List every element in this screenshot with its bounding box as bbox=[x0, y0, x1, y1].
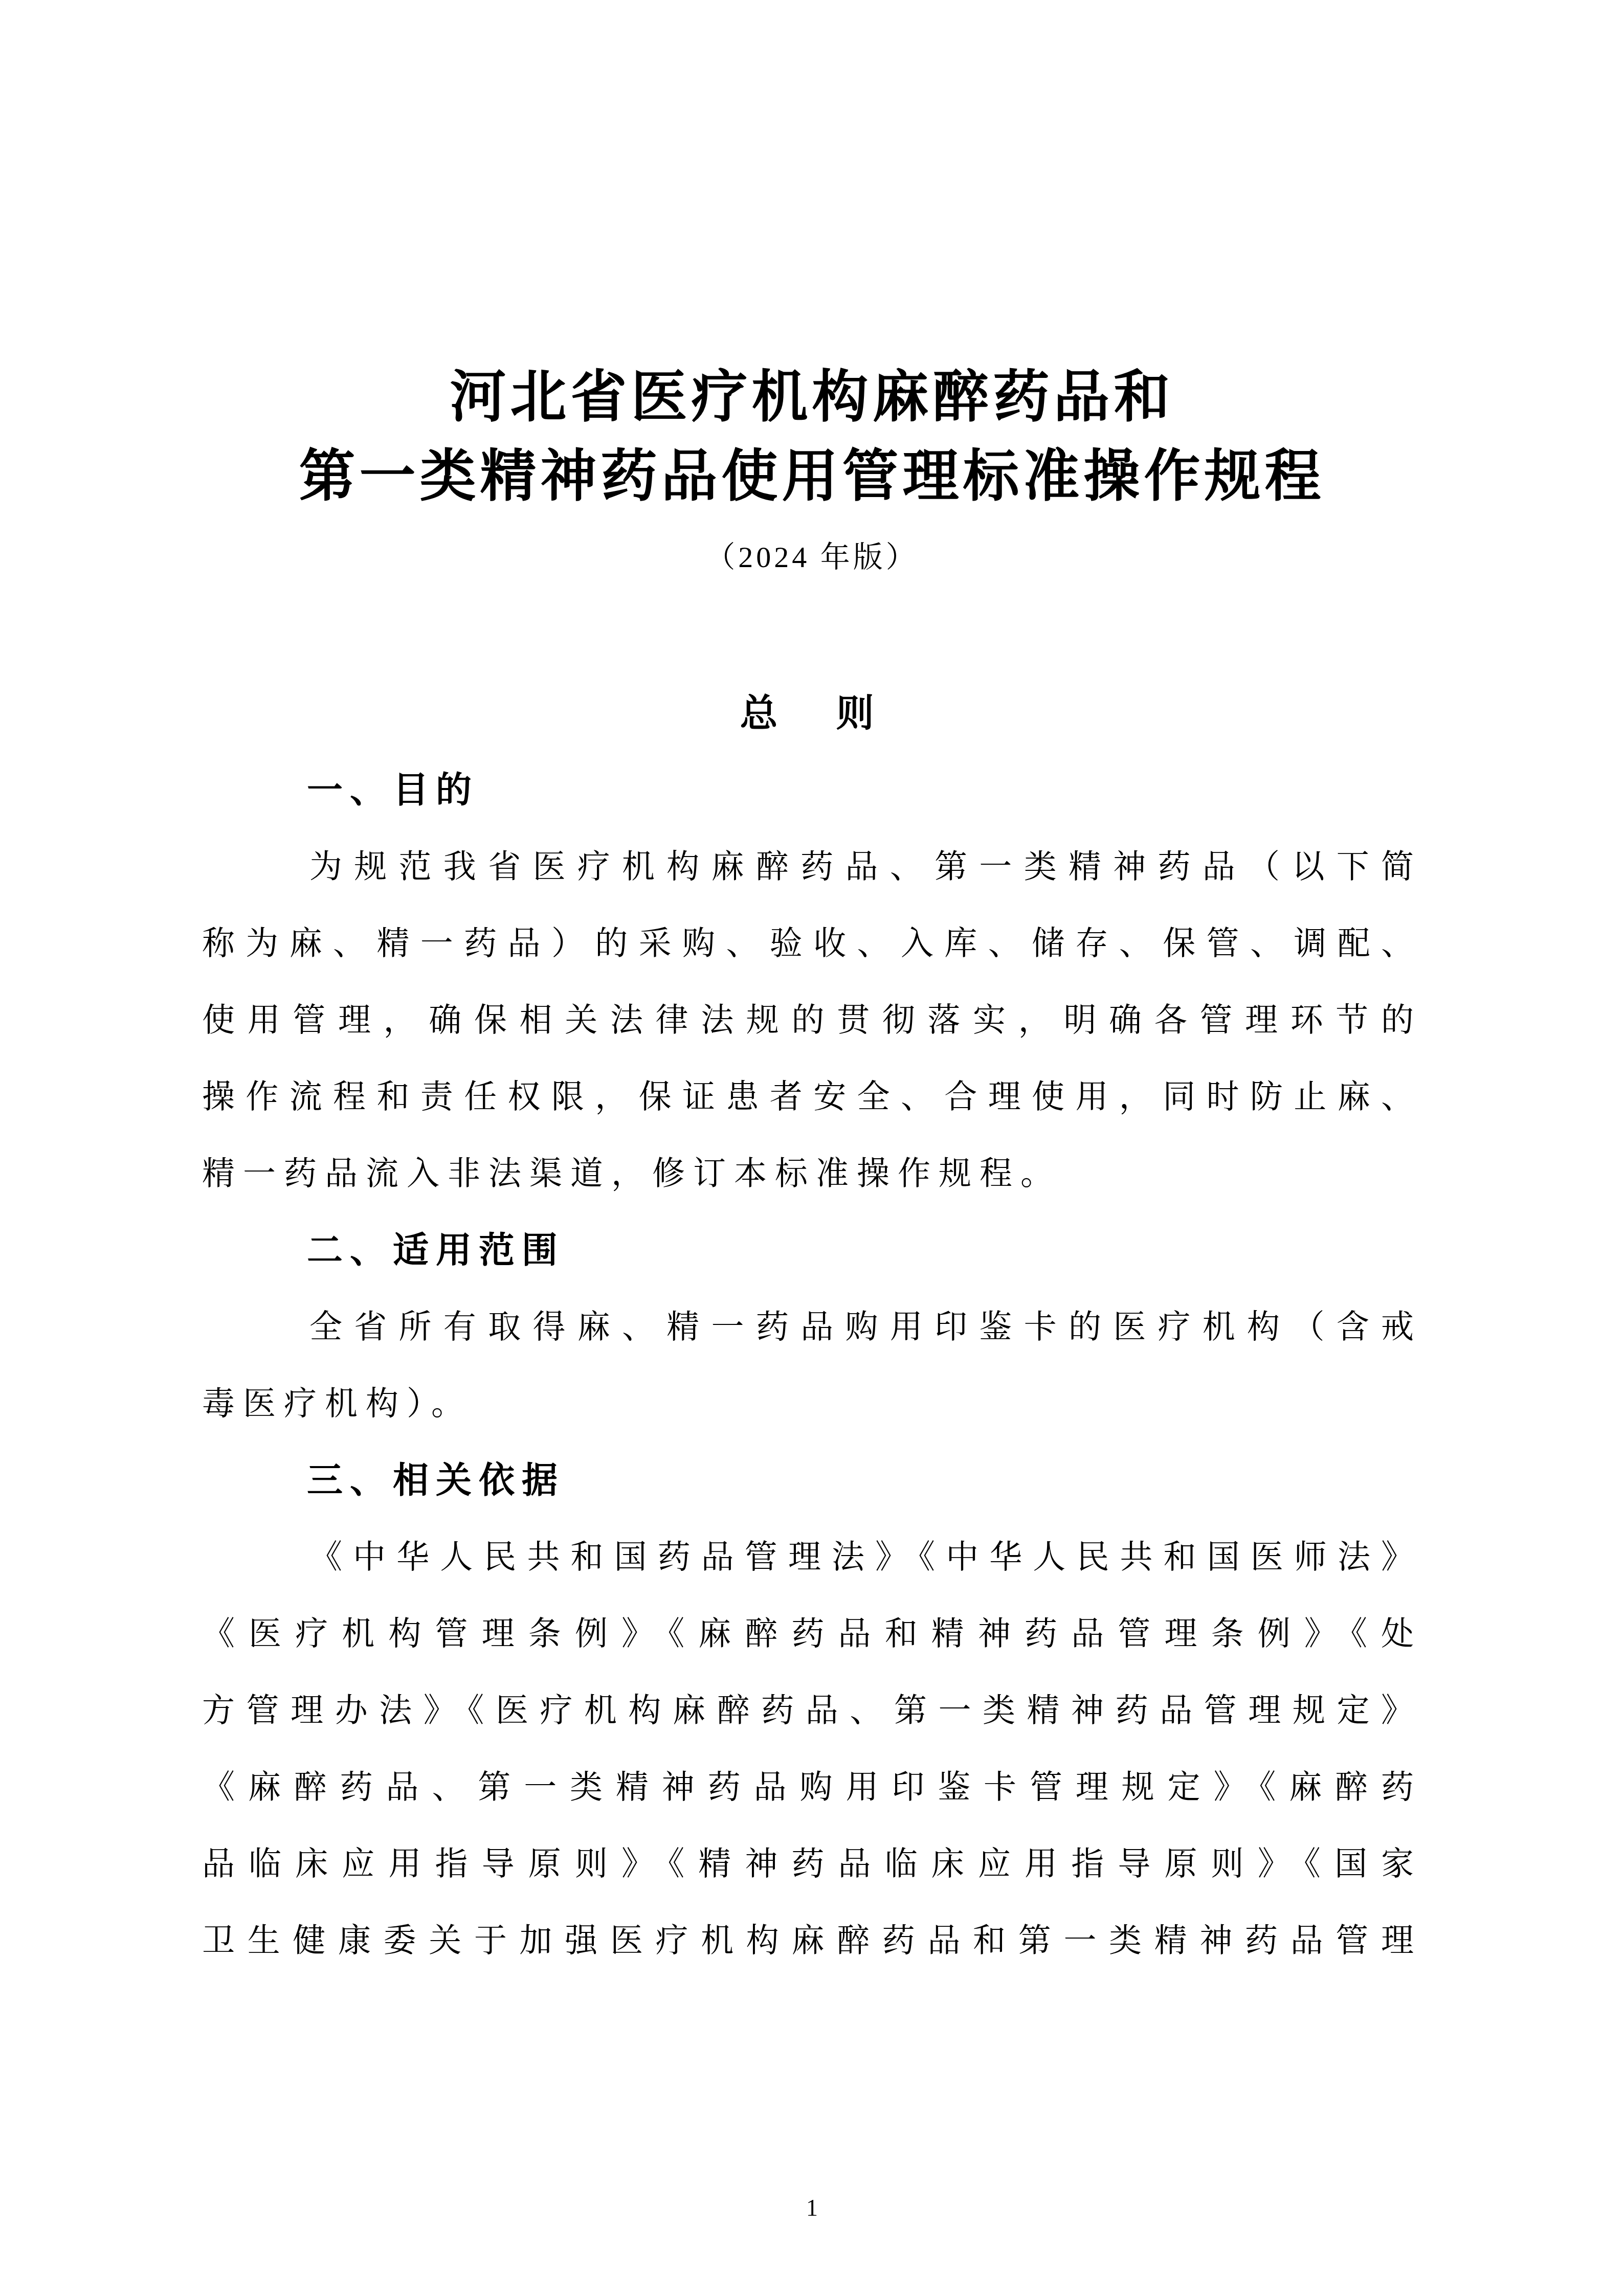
paragraph-line: 《麻醉药品、第一类精神药品购用印鉴卡管理规定》《麻醉药 bbox=[202, 1749, 1422, 1826]
page-number: 1 bbox=[806, 2195, 818, 2221]
paragraph-line: 《中华人民共和国药品管理法》《中华人民共和国医师法》 bbox=[202, 1519, 1422, 1595]
paragraph-line: 卫生健康委关于加强医疗机构麻醉药品和第一类精神药品管理 bbox=[202, 1902, 1422, 1979]
edition-line: （2024 年版） bbox=[0, 516, 1624, 598]
section-purpose: 一、目的 为规范我省医疗机构麻醉药品、第一类精神药品（以下简 称为麻、精一药品）… bbox=[202, 752, 1422, 1212]
section-heading-purpose: 一、目的 bbox=[202, 752, 1422, 828]
paragraph-line: 毒医疗机构）。 bbox=[202, 1365, 1422, 1442]
section-heading-scope: 二、适用范围 bbox=[202, 1212, 1422, 1289]
chapter-heading: 总 则 bbox=[202, 675, 1422, 752]
paragraph-line: 精一药品流入非法渠道，修订本标准操作规程。 bbox=[202, 1135, 1422, 1212]
paragraph-line: 方管理办法》《医疗机构麻醉药品、第一类精神药品管理规定》 bbox=[202, 1672, 1422, 1749]
paragraph-line: 使用管理，确保相关法律法规的贯彻落实，明确各管理环节的 bbox=[202, 982, 1422, 1059]
paragraph-line: 品临床应用指导原则》《精神药品临床应用指导原则》《国家 bbox=[202, 1826, 1422, 1902]
document-body: 总 则 一、目的 为规范我省医疗机构麻醉药品、第一类精神药品（以下简 称为麻、精… bbox=[202, 675, 1422, 1979]
page-footer: 1 bbox=[0, 2193, 1624, 2223]
title-line-1: 河北省医疗机构麻醉药品和 bbox=[0, 358, 1624, 437]
document-title: 河北省医疗机构麻醉药品和 第一类精神药品使用管理标准操作规程 （2024 年版） bbox=[0, 358, 1624, 598]
title-line-2: 第一类精神药品使用管理标准操作规程 bbox=[0, 437, 1624, 516]
document-page: 河北省医疗机构麻醉药品和 第一类精神药品使用管理标准操作规程 （2024 年版）… bbox=[0, 0, 1624, 2296]
paragraph-line: 全省所有取得麻、精一药品购用印鉴卡的医疗机构（含戒 bbox=[202, 1289, 1422, 1365]
section-heading-references: 三、相关依据 bbox=[202, 1442, 1422, 1519]
section-references: 三、相关依据 《中华人民共和国药品管理法》《中华人民共和国医师法》 《医疗机构管… bbox=[202, 1442, 1422, 1979]
paragraph-line: 为规范我省医疗机构麻醉药品、第一类精神药品（以下简 bbox=[202, 828, 1422, 905]
section-scope: 二、适用范围 全省所有取得麻、精一药品购用印鉴卡的医疗机构（含戒 毒医疗机构）。 bbox=[202, 1212, 1422, 1442]
paragraph-line: 操作流程和责任权限，保证患者安全、合理使用，同时防止麻、 bbox=[202, 1059, 1422, 1135]
paragraph-line: 称为麻、精一药品）的采购、验收、入库、储存、保管、调配、 bbox=[202, 905, 1422, 982]
paragraph-line: 《医疗机构管理条例》《麻醉药品和精神药品管理条例》《处 bbox=[202, 1595, 1422, 1672]
